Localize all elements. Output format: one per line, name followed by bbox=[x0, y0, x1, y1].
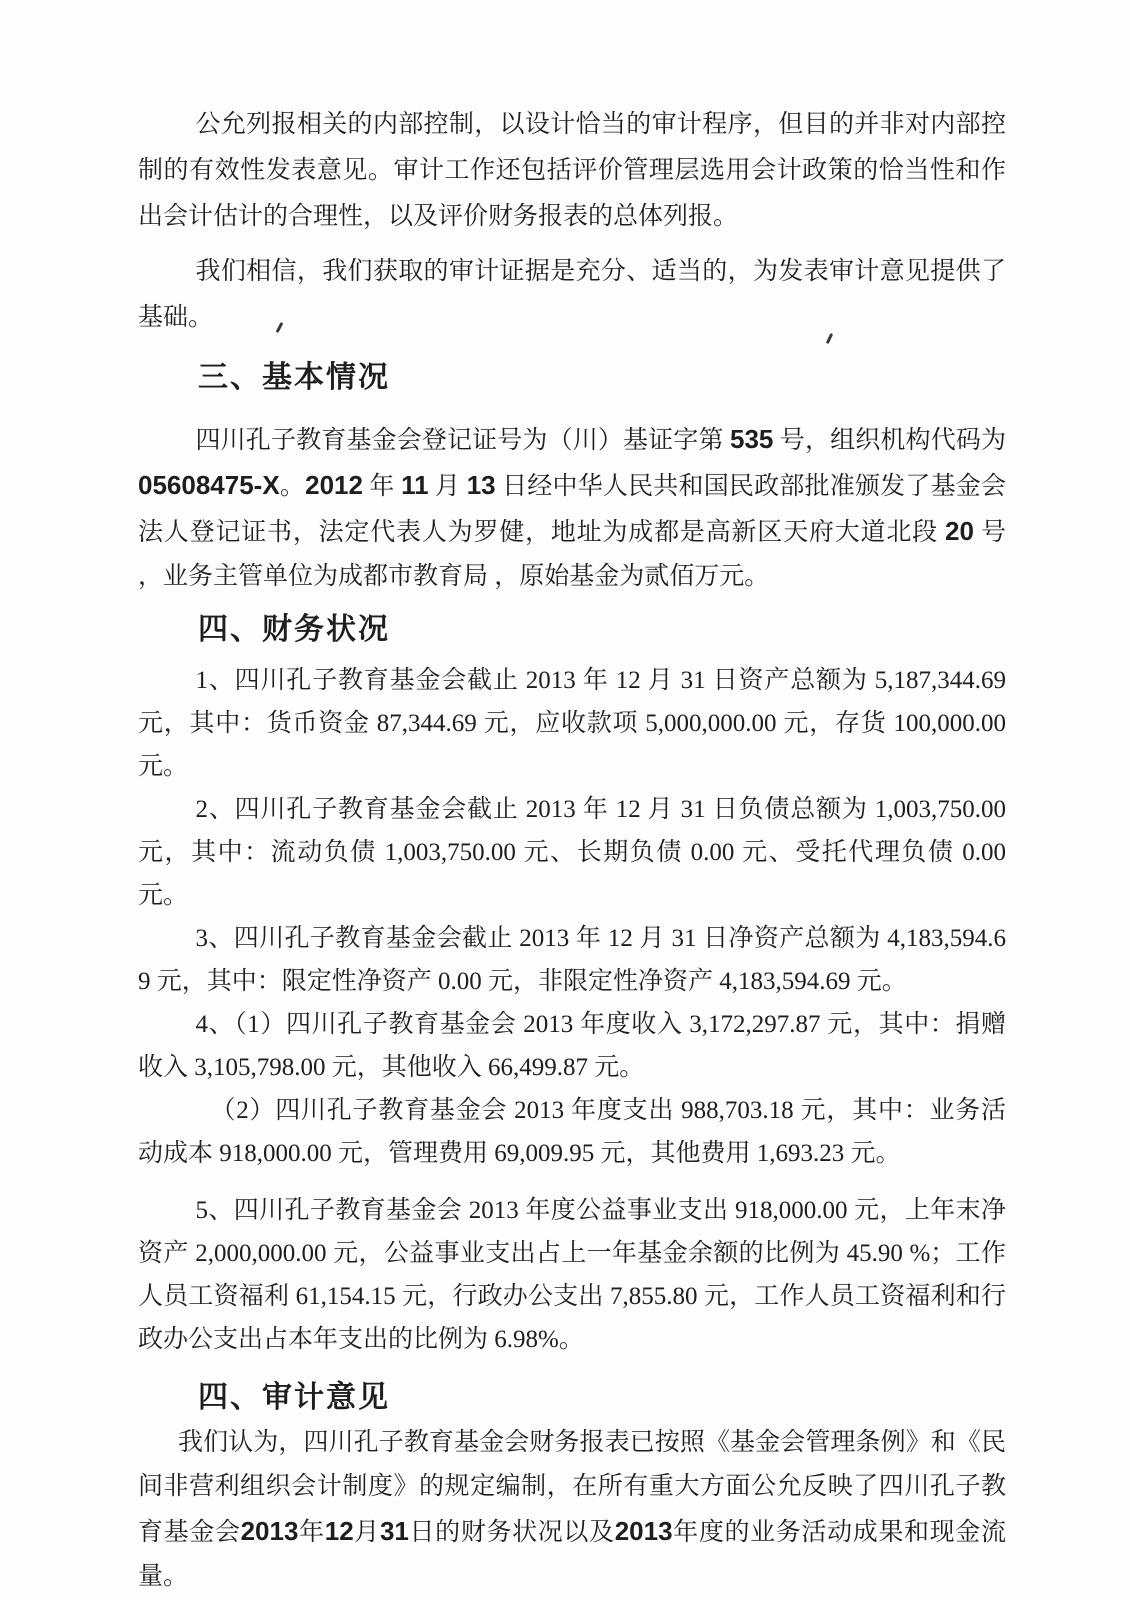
section-heading-basic-info: 三、基本情况 bbox=[198, 357, 1006, 399]
bold-number-segment: 31 bbox=[380, 1516, 409, 1546]
bold-number-segment: 12 bbox=[325, 1516, 354, 1546]
bold-number-segment: 535 bbox=[730, 424, 773, 454]
section-heading-financial-status: 四、财务状况 bbox=[198, 609, 1006, 651]
text-segment: 月 bbox=[354, 1519, 380, 1546]
bold-number-segment: 2013 bbox=[241, 1516, 299, 1546]
finance-item-1-assets: 1、四川孔子教育基金会截止 2013 年 12 月 31 日资产总额为 5,18… bbox=[138, 659, 1006, 788]
audit-opinion-paragraph: 我们认为，四川孔子教育基金会财务报表已按照《基金会管理条例》和《民间非营利组织会… bbox=[138, 1421, 1006, 1599]
finance-item-5-charity-spending: 5、四川孔子教育基金会 2013 年度公益事业支出 918,000.00 元，上… bbox=[138, 1189, 1006, 1361]
text-segment: 年 bbox=[363, 473, 401, 500]
bold-number-segment: 05608475-X bbox=[138, 470, 280, 500]
text-segment: 日的财务状况以及 bbox=[409, 1519, 615, 1546]
text-segment: 号，组织机构代码为 bbox=[773, 427, 1006, 454]
bold-number-segment: 2012 bbox=[305, 470, 363, 500]
text-segment: 。 bbox=[280, 473, 305, 500]
text-segment: 月 bbox=[429, 473, 467, 500]
finance-item-4-expenses: （2）四川孔子教育基金会 2013 年度支出 988,703.18 元，其中：业… bbox=[138, 1089, 1006, 1175]
bold-number-segment: 11 bbox=[401, 470, 429, 500]
finance-item-3-net-assets: 3、四川孔子教育基金会截止 2013 年 12 月 31 日净资产总额为 4,1… bbox=[138, 917, 1006, 1003]
bold-number-segment: 20 bbox=[945, 516, 974, 546]
intro-paragraph-1: 公允列报相关的内部控制，以设计恰当的审计程序，但目的并非对内部控制的有效性发表意… bbox=[138, 102, 1006, 240]
document-page: 公允列报相关的内部控制，以设计恰当的审计程序，但目的并非对内部控制的有效性发表意… bbox=[0, 0, 1130, 1600]
basic-info-paragraph: 四川孔子教育基金会登记证号为（川）基证字第 535 号，组织机构代码为 0560… bbox=[138, 417, 1006, 599]
finance-item-4-income: 4、（1）四川孔子教育基金会 2013 年度收入 3,172,297.87 元，… bbox=[138, 1003, 1006, 1089]
bold-number-segment: 2013 bbox=[615, 1516, 673, 1546]
section-heading-audit-opinion: 四、审计意见 bbox=[198, 1377, 1006, 1419]
text-block: 公允列报相关的内部控制，以设计恰当的审计程序，但目的并非对内部控制的有效性发表意… bbox=[138, 102, 1006, 1599]
text-segment: 四川孔子教育基金会登记证号为（川）基证字第 bbox=[196, 427, 731, 454]
intro-paragraph-2: 我们相信，我们获取的审计证据是充分、适当的，为发表审计意见提供了基础。 bbox=[138, 249, 1006, 341]
bold-number-segment: 13 bbox=[467, 470, 496, 500]
finance-item-2-liabilities: 2、四川孔子教育基金会截止 2013 年 12 月 31 日负债总额为 1,00… bbox=[138, 788, 1006, 917]
text-segment: 年 bbox=[298, 1519, 324, 1546]
